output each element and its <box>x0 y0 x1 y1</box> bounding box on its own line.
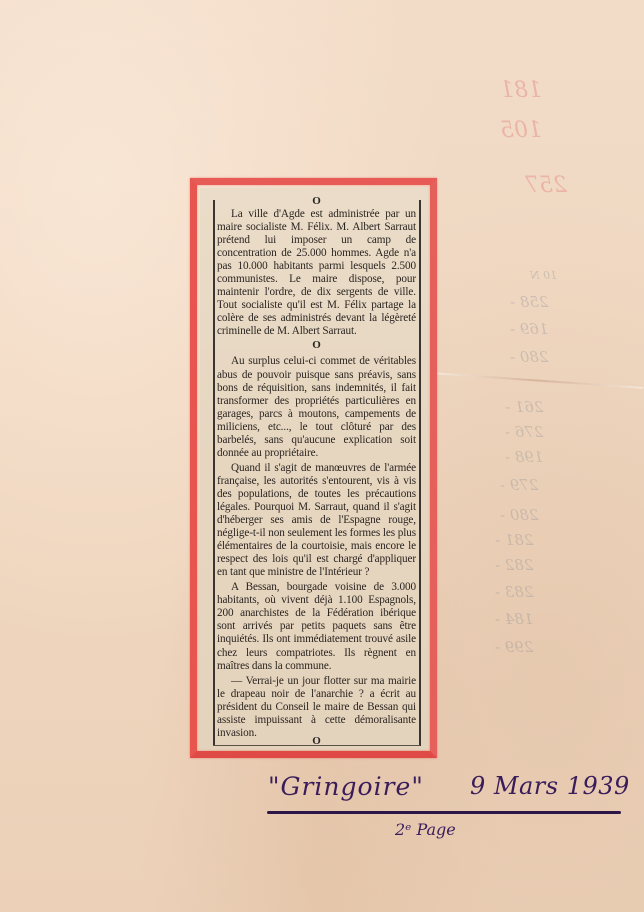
show-through-text: 276 - <box>505 425 543 440</box>
article-body: O La ville d'Agde est administrée par un… <box>217 195 416 740</box>
show-through-text: 258 - <box>510 295 548 310</box>
show-through-text: 281 - <box>495 533 533 548</box>
paper-fold-crease <box>430 372 644 389</box>
show-through-red-number: 105 <box>500 120 542 142</box>
show-through-text: 280 - <box>510 350 548 365</box>
handwritten-source: "Gringoire" <box>268 772 424 801</box>
show-through-text: 282 - <box>495 558 533 573</box>
show-through-text: 10 N <box>530 270 557 281</box>
article-paragraph: Au surplus celui-ci commet de véritables… <box>217 355 416 459</box>
handwritten-date: 9 Mars 1939 <box>470 772 630 800</box>
handwritten-page-reference: 2ᵉ Page <box>395 820 456 839</box>
column-rule-right <box>419 200 421 746</box>
show-through-text: 261 - <box>505 400 543 415</box>
column-rule-left <box>213 200 215 746</box>
section-marker-top: O <box>217 195 416 208</box>
show-through-text: 169 - <box>510 322 548 337</box>
show-through-red-number: 257 <box>525 175 567 197</box>
article-paragraph: — Verrai-je un jour flotter sur ma mai­r… <box>217 675 416 740</box>
article-paragraph: La ville d'Agde est administrée par un m… <box>217 208 416 338</box>
show-through-text: 198 - <box>505 450 543 465</box>
show-through-red-number: 181 <box>500 80 542 102</box>
handwritten-underline <box>267 811 621 814</box>
show-through-text: 279 - <box>500 478 538 493</box>
show-through-text: 299 - <box>495 640 533 655</box>
section-marker-middle: O <box>217 339 416 352</box>
show-through-text: 283 - <box>495 585 533 600</box>
section-marker-bottom: O <box>213 735 420 748</box>
article-paragraph: Quand il s'agit de manœuvres de l'ar­mée… <box>217 462 416 579</box>
show-through-text: 280 - <box>500 508 538 523</box>
archive-page: 181 105 257 10 N 258 - 169 - 280 - 261 -… <box>0 0 644 912</box>
article-paragraph: A Bessan, bourgade voisine de 3.000 habi… <box>217 581 416 672</box>
show-through-text: 184 - <box>495 612 533 627</box>
